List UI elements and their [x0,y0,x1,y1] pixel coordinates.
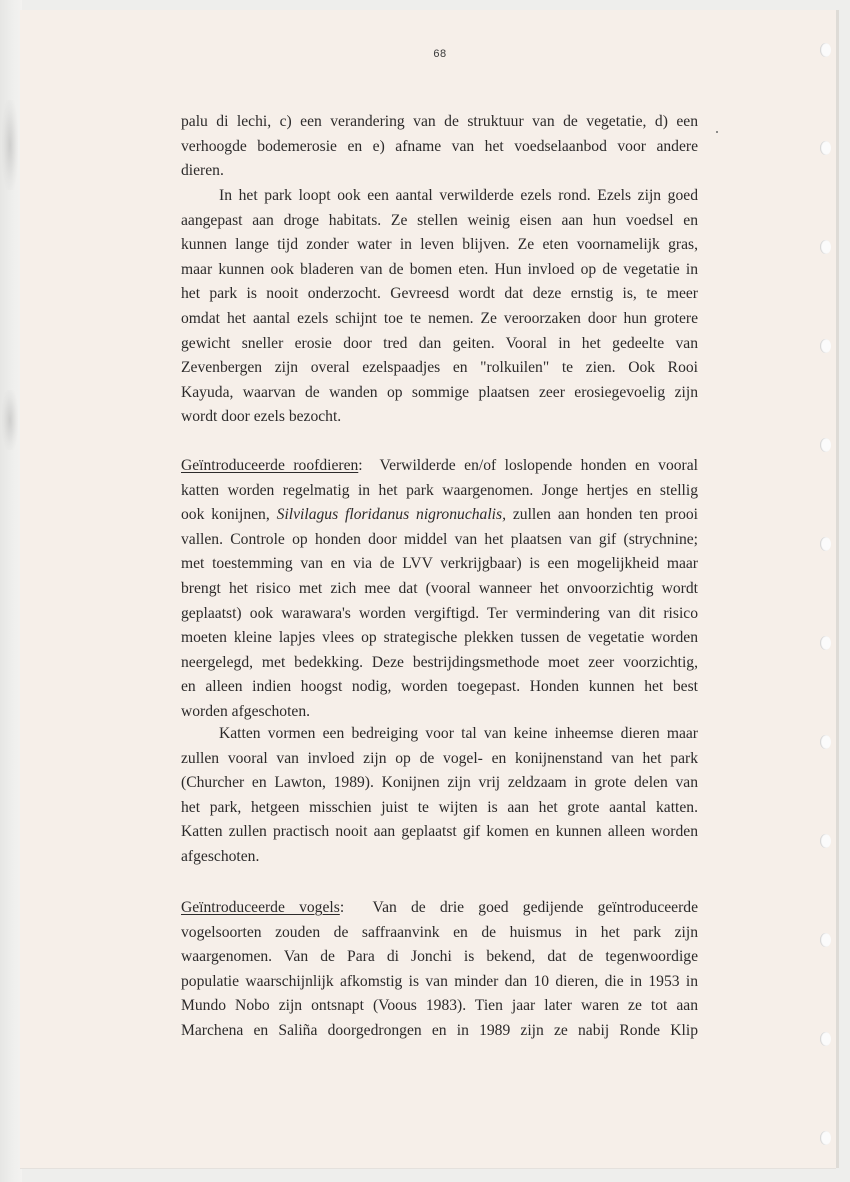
text-line: vogelsoorten zouden de saffraanvink en d… [181,921,698,946]
section-heading: Geïntroduceerde vogels [181,899,340,916]
text-line: Zevenbergen zijn overal ezelspaadjes en … [181,356,698,381]
section-introduced-predators: Geïntroduceerde roofdieren: Verwilderde … [181,454,698,725]
text-line: Katten zullen practisch nooit aan geplaa… [181,820,698,845]
text-line: het park, hetgeen misschien juist te wij… [181,796,698,821]
text-line: maar kunnen ook bladeren van de bomen et… [181,258,698,283]
punch-hole-icon [820,933,831,947]
text-line: palu di lechi, c) een verandering van de… [181,110,698,135]
punch-hole-icon [820,438,831,452]
text-fragment: Van de drie goed gedijende geïntroduceer… [373,899,699,916]
text-line: populatie waarschijnlijk afkomstig is va… [181,970,698,995]
text-line: brengt het risico met zich mee dat (voor… [181,577,698,602]
paragraph-ezels: In het park loopt ook een aantal verwild… [181,184,698,430]
punch-hole-icon [820,1032,831,1046]
paragraph-katten: Katten vormen een bedreiging voor tal va… [181,722,698,870]
text-line: en alleen indien hoogst nodig, worden to… [181,675,698,700]
punch-hole-icon [820,1131,831,1145]
punch-hole-icon [820,834,831,848]
text-fragment: zullen aan honden ten prooi [513,506,698,523]
text-line: wordt door ezels bezocht. [181,405,698,430]
punch-hole-icon [820,537,831,551]
text-line: vallen. Controle op honden door middel v… [181,528,698,553]
text-line: afgeschoten. [181,845,698,870]
page-number: 68 [0,48,850,60]
paragraph-continuation: palu di lechi, c) een verandering van de… [181,110,698,184]
text-line: Katten vormen een bedreiging voor tal va… [181,722,698,747]
punch-hole-icon [820,339,831,353]
text-line: katten worden regelmatig in het park waa… [181,479,698,504]
text-line: Marchena en Saliña doorgedrongen en in 1… [181,1019,698,1044]
text-fragment: ook konijnen, [181,506,270,523]
text-line: dieren. [181,159,698,184]
text-line: waargenomen. Van de Para di Jonchi is be… [181,945,698,970]
text-line: neergelegd, met bedekking. Deze bestrijd… [181,651,698,676]
punch-hole-icon [820,141,831,155]
punch-hole-icon [820,735,831,749]
text-fragment: Verwilderde en/of loslopende honden en v… [380,457,698,474]
text-line: zullen vooral van invloed zijn op de vog… [181,747,698,772]
species-name: Silvilagus floridanus nigronuchalis, [277,506,506,523]
text-line: aangepast aan droge habitats. Ze stellen… [181,209,698,234]
text-line: In het park loopt ook een aantal verwild… [181,184,698,209]
text-line: Mundo Nobo zijn ontsnapt (Voous 1983). T… [181,994,698,1019]
text-line: (Churcher en Lawton, 1989). Konijnen zij… [181,771,698,796]
page-edge [836,10,839,1168]
heading-colon: : [358,457,362,474]
text-line: kunnen lange tijd zonder water in leven … [181,233,698,258]
punch-hole-icon [820,240,831,254]
scan-smudge [2,390,18,450]
section-heading: Geïntroduceerde roofdieren [181,457,358,474]
scan-smudge [2,100,18,190]
text-line: omdat het aantal ezels schijnt toe te ne… [181,307,698,332]
scan-speck [716,131,718,133]
text-line: met toestemming van en via de LVV verkri… [181,552,698,577]
text-line: verhoogde bodemerosie en e) afname van h… [181,135,698,160]
text-line: het park is nooit onderzocht. Gevreesd w… [181,282,698,307]
text-line: gewicht sneller erosie door tred dan gei… [181,332,698,357]
text-line: geplaatst) ook warawara's worden vergift… [181,602,698,627]
punch-hole-icon [820,636,831,650]
section-introduced-birds: Geïntroduceerde vogels: Van de drie goed… [181,896,698,1044]
text-line: Kayuda, waarvan de wanden op sommige pla… [181,381,698,406]
text-line: worden afgeschoten. [181,700,698,725]
heading-colon: : [340,899,344,916]
text-line: moeten kleine lapjes vlees op strategisc… [181,626,698,651]
